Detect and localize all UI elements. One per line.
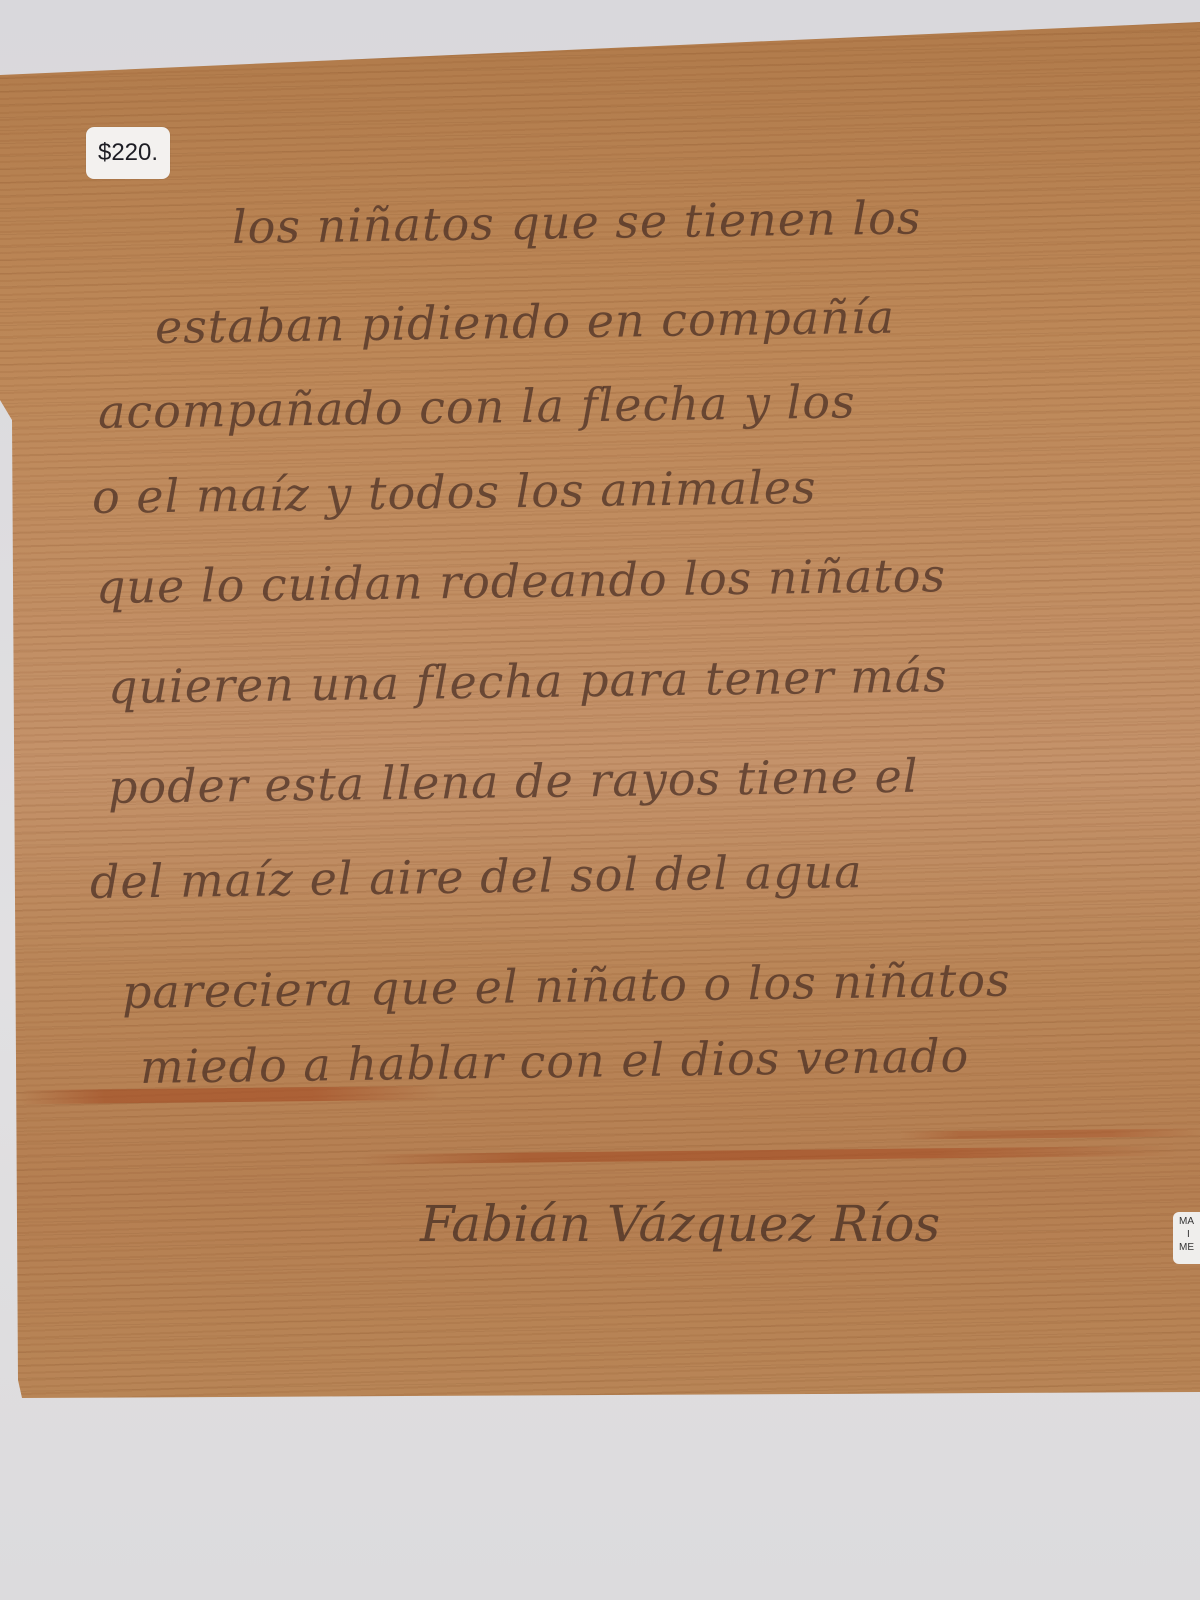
handwritten-line: o el maíz y todos los animales (92, 460, 817, 524)
wood-grain-streak (900, 1128, 1200, 1139)
corner-label-line: ME (1179, 1241, 1200, 1254)
corner-label-line: I (1179, 1228, 1200, 1241)
corner-label: MA I ME (1173, 1212, 1200, 1264)
handwritten-line: estaban pidiendo en compañía (155, 290, 896, 354)
handwritten-line: los niñatos que se tienen los (232, 190, 922, 254)
handwritten-line: que lo cuidan rodeando los niñatos (96, 548, 947, 614)
wooden-board: $220. los niñatos que se tienen los esta… (0, 0, 1200, 1400)
handwritten-line: acompañado con la flecha y los (98, 374, 856, 439)
price-text: $220. (98, 139, 158, 167)
handwritten-line: miedo a hablar con el dios venado (140, 1028, 970, 1094)
handwritten-line: quieren una flecha para tener más (108, 648, 949, 714)
signature: Fabián Vázquez Ríos (420, 1195, 940, 1253)
corner-label-line: MA (1179, 1215, 1200, 1228)
wood-grain-streak (360, 1146, 1180, 1165)
handwritten-line: poder esta llena de rayos tiene el (108, 749, 919, 814)
price-tag: $220. (86, 127, 170, 179)
handwritten-line: pareciera que el niñato o los niñatos (122, 953, 1011, 1019)
handwritten-line: del maíz el aire del sol del agua (90, 844, 863, 909)
